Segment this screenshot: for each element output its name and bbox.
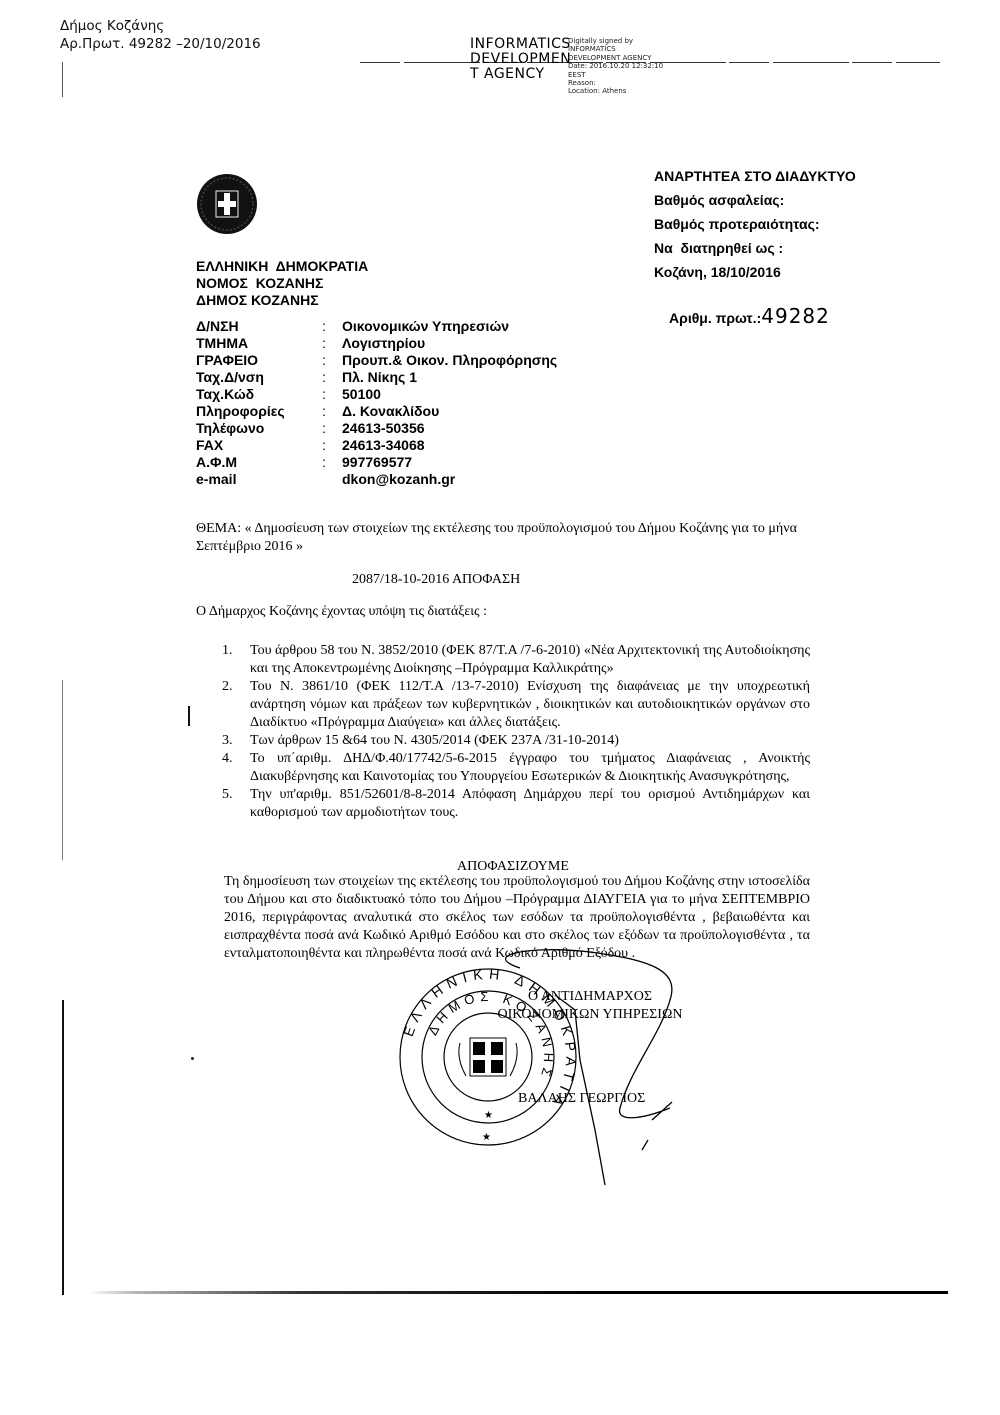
provision-text: Το υπ΄αριθμ. ΔΗΔ/Φ.40/17742/5-6-2015 έγγ…	[250, 750, 810, 786]
priority-level: Βαθμός προτεραιότητας:	[654, 214, 856, 238]
info-label: Α.Φ.Μ	[196, 454, 322, 471]
retention: Να διατηρηθεί ως :	[654, 238, 856, 262]
info-value: Πλ. Νίκης 1	[342, 369, 417, 386]
scan-edge-top	[62, 62, 63, 97]
provision-number: 2.	[222, 678, 250, 732]
scan-mark	[188, 706, 190, 726]
digital-signature-details: Digitally signed by INFORMATICS DEVELOPM…	[568, 37, 663, 96]
info-row: FAX:24613-34068	[196, 437, 557, 454]
info-separator: :	[322, 335, 342, 352]
info-separator	[322, 471, 342, 488]
issuer-line: ΕΛΛΗΝΙΚΗ ΔΗΜΟΚΡΑΤΙΑ	[196, 258, 368, 275]
publish-notice: ΑΝΑΡΤΗΤΕΑ ΣΤΟ ΔΙΑΔΥΚΤΥΟ	[654, 166, 856, 190]
info-separator: :	[322, 369, 342, 386]
issuer-header: ΕΛΛΗΝΙΚΗ ΔΗΜΟΚΡΑΤΙΑ ΝΟΜΟΣ ΚΟΖΑΝΗΣ ΔΗΜΟΣ …	[196, 258, 368, 309]
info-separator: :	[322, 403, 342, 420]
info-row: Δ/ΝΣΗ:Οικονομικών Υπηρεσιών	[196, 318, 557, 335]
provision-item: 5.Την υπ'αριθμ. 851/52601/8-8-2014 Απόφα…	[222, 786, 810, 822]
signature-detail-line: DEVELOPMENT AGENCY	[568, 54, 663, 62]
greek-coat-of-arms-icon	[196, 173, 258, 235]
info-value: Δ. Κονακλίδου	[342, 403, 439, 420]
scan-bottom-line	[88, 1291, 948, 1294]
protocol-label: Αριθμ. πρωτ.:	[669, 310, 761, 326]
protocol-row: Αριθμ. πρωτ.:49282	[654, 286, 856, 310]
signature-detail-line: Date: 2016.10.20 12:32:10	[568, 62, 663, 70]
info-row: Α.Φ.Μ:997769577	[196, 454, 557, 471]
subject: ΘΕΜΑ: « Δημοσίευση των στοιχείων της εκτ…	[196, 520, 816, 556]
stamp-municipality: Δήμος Κοζάνης	[60, 17, 261, 35]
info-label: Ταχ.Κώδ	[196, 386, 322, 403]
signature-detail-line: Digitally signed by	[568, 37, 663, 45]
info-value: Προυπ.& Οικον. Πληροφόρησης	[342, 352, 557, 369]
info-label: Ταχ.Δ/νση	[196, 369, 322, 386]
info-separator: :	[322, 352, 342, 369]
scan-edge-middle	[62, 680, 63, 860]
info-label: Πληροφορίες	[196, 403, 322, 420]
protocol-number-handwritten: 49282	[761, 304, 830, 328]
provision-text: Την υπ'αριθμ. 851/52601/8-8-2014 Απόφαση…	[250, 786, 810, 822]
issuer-line: ΝΟΜΟΣ ΚΟΖΑΝΗΣ	[196, 275, 368, 292]
provision-text: Του άρθρου 58 του Ν. 3852/2010 (ΦΕΚ 87/Τ…	[250, 642, 810, 678]
provision-text: Των άρθρων 15 &64 του Ν. 4305/2014 (ΦΕΚ …	[250, 732, 619, 750]
info-row: Πληροφορίες:Δ. Κονακλίδου	[196, 403, 557, 420]
signer-line: INFORMATICS	[470, 37, 571, 52]
signature-detail-line: Location: Athens	[568, 87, 663, 95]
provision-item: 2.Του Ν. 3861/10 (ΦΕΚ 112/Τ.Α /13-7-2010…	[222, 678, 810, 732]
info-separator: :	[322, 454, 342, 471]
provision-number: 1.	[222, 642, 250, 678]
info-label: ΓΡΑΦΕΙΟ	[196, 352, 322, 369]
signature-detail-line: EEST	[568, 71, 663, 79]
stamp-protocol: Αρ.Πρωτ. 49282 –20/10/2016	[60, 35, 261, 53]
info-row: ΓΡΑΦΕΙΟ:Προυπ.& Οικον. Πληροφόρησης	[196, 352, 557, 369]
info-separator: :	[322, 386, 342, 403]
info-separator: :	[322, 420, 342, 437]
digital-signature-signer: INFORMATICS DEVELOPMEN T AGENCY	[470, 37, 571, 82]
info-separator: :	[322, 318, 342, 335]
handwritten-signature	[380, 940, 700, 1200]
info-row: e-maildkon@kozanh.gr	[196, 471, 557, 488]
info-label: FAX	[196, 437, 322, 454]
security-level: Βαθμός ασφαλείας:	[654, 190, 856, 214]
signer-line: DEVELOPMEN	[470, 52, 571, 67]
scan-edge-bottom	[62, 1000, 64, 1295]
info-value: dkon@kozanh.gr	[342, 471, 455, 488]
issuer-line: ΔΗΜΟΣ ΚΟΖΑΝΗΣ	[196, 292, 368, 309]
provision-number: 5.	[222, 786, 250, 822]
intro-text: Ο Δήμαρχος Κοζάνης έχοντας υπόψη τις δια…	[196, 603, 487, 621]
info-value: 24613-50356	[342, 420, 425, 437]
provision-item: 1.Του άρθρου 58 του Ν. 3852/2010 (ΦΕΚ 87…	[222, 642, 810, 678]
provision-number: 4.	[222, 750, 250, 786]
signature-detail-line: Reason:	[568, 79, 663, 87]
provision-item: 3.Των άρθρων 15 &64 του Ν. 4305/2014 (ΦΕ…	[222, 732, 810, 750]
contact-info-table: Δ/ΝΣΗ:Οικονομικών ΥπηρεσιώνΤΜΗΜΑ:Λογιστη…	[196, 318, 557, 488]
protocol-stamp: Δήμος Κοζάνης Αρ.Πρωτ. 49282 –20/10/2016	[60, 17, 261, 53]
info-separator: :	[322, 437, 342, 454]
signer-line: T AGENCY	[470, 67, 571, 82]
provisions-list: 1.Του άρθρου 58 του Ν. 3852/2010 (ΦΕΚ 87…	[222, 642, 810, 822]
provision-item: 4.Το υπ΄αριθμ. ΔΗΔ/Φ.40/17742/5-6-2015 έ…	[222, 750, 810, 786]
scan-dot	[191, 1057, 194, 1060]
info-value: Οικονομικών Υπηρεσιών	[342, 318, 509, 335]
info-label: Δ/ΝΣΗ	[196, 318, 322, 335]
info-label: ΤΜΗΜΑ	[196, 335, 322, 352]
info-row: ΤΜΗΜΑ:Λογιστηρίου	[196, 335, 557, 352]
document-metadata: ΑΝΑΡΤΗΤΕΑ ΣΤΟ ΔΙΑΔΥΚΤΥΟ Βαθμός ασφαλείας…	[654, 166, 856, 310]
info-row: Ταχ.Κώδ:50100	[196, 386, 557, 403]
provision-number: 3.	[222, 732, 250, 750]
signature-detail-line: INFORMATICS	[568, 45, 663, 53]
info-label: Τηλέφωνο	[196, 420, 322, 437]
info-row: Τηλέφωνο:24613-50356	[196, 420, 557, 437]
info-value: 997769577	[342, 454, 412, 471]
info-value: Λογιστηρίου	[342, 335, 425, 352]
info-value: 24613-34068	[342, 437, 425, 454]
provision-text: Του Ν. 3861/10 (ΦΕΚ 112/Τ.Α /13-7-2010) …	[250, 678, 810, 732]
decision-number: 2087/18-10-2016 ΑΠΟΦΑΣΗ	[352, 571, 520, 589]
place-date: Κοζάνη, 18/10/2016	[654, 262, 856, 286]
info-row: Ταχ.Δ/νση:Πλ. Νίκης 1	[196, 369, 557, 386]
info-value: 50100	[342, 386, 381, 403]
info-label: e-mail	[196, 471, 322, 488]
